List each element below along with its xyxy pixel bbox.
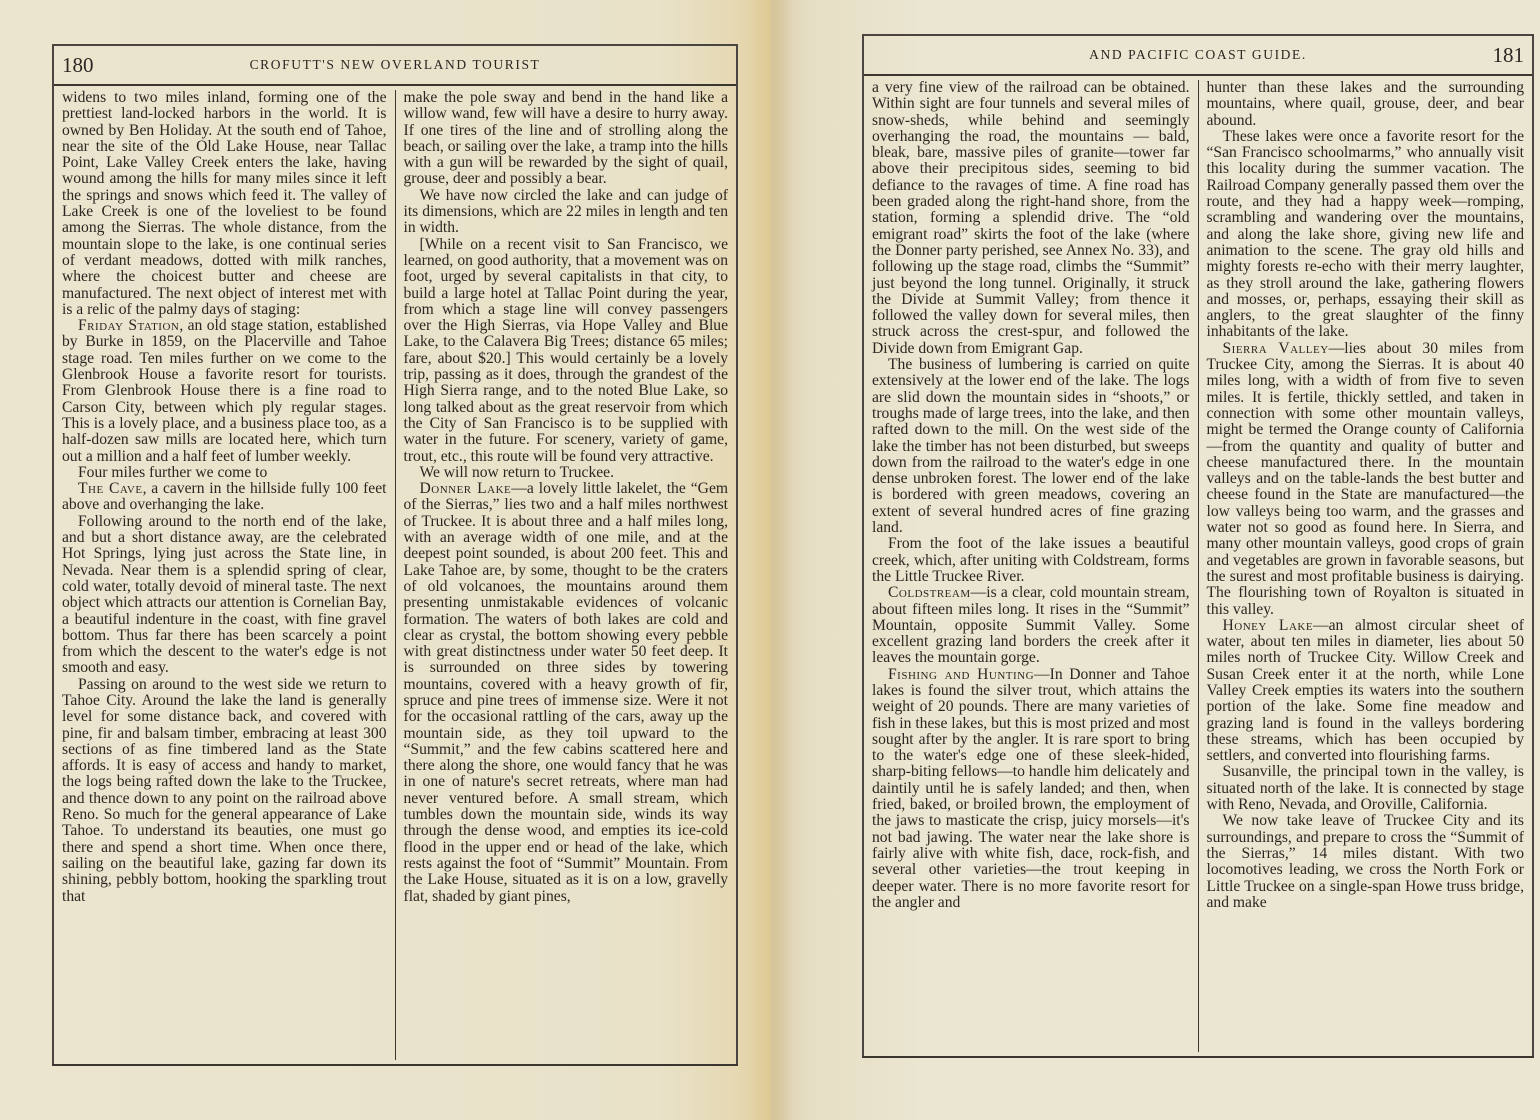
- paragraph-text: Four miles further we come to: [78, 464, 267, 481]
- paragraph-text: —lies about 30 miles from Truckee City, …: [1207, 340, 1525, 618]
- text-columns: a very fine view of the railroad can be …: [864, 80, 1532, 1052]
- paragraph: Passing on around to the west side we re…: [62, 677, 387, 905]
- page-number: 180: [54, 53, 102, 78]
- paragraph-text: From the foot of the lake issues a beaut…: [872, 535, 1190, 585]
- paragraph: We have now circled the lake and can jud…: [404, 188, 729, 237]
- section-heading: Friday Station: [78, 317, 179, 334]
- book-spread: 180 CROFUTT'S NEW OVERLAND TOURIST 000 w…: [0, 0, 1540, 1120]
- column-2: make the pole sway and bend in the hand …: [396, 90, 737, 1060]
- paragraph: Honey Lake—an almost circular sheet of w…: [1207, 618, 1525, 765]
- paragraph: The Cave, a cavern in the hillside fully…: [62, 481, 387, 514]
- running-head: 180 CROFUTT'S NEW OVERLAND TOURIST 000: [54, 46, 736, 86]
- paragraph-text: a very fine view of the railroad can be …: [872, 80, 1190, 357]
- paragraph-text: —a lovely little lakelet, the “Gem of th…: [404, 480, 729, 904]
- paragraph: From the foot of the lake issues a beaut…: [872, 536, 1190, 585]
- paragraph-text: Passing on around to the west side we re…: [62, 676, 387, 905]
- paragraph-text: make the pole sway and bend in the hand …: [404, 90, 729, 187]
- page-frame: 180 CROFUTT'S NEW OVERLAND TOURIST 000 w…: [52, 44, 738, 1066]
- column-2: hunter than these lakes and the surround…: [1199, 80, 1533, 1052]
- paragraph: These lakes were once a favorite resort …: [1207, 129, 1525, 341]
- paragraph: We now take leave of Truckee City and it…: [1207, 813, 1525, 911]
- running-head: 000 AND PACIFIC COAST GUIDE. 181: [864, 36, 1532, 76]
- paragraph-text: Following around to the north end of the…: [62, 513, 387, 677]
- paragraph: Four miles further we come to: [62, 465, 387, 481]
- paragraph: Sierra Valley—lies about 30 miles from T…: [1207, 341, 1525, 618]
- paragraph: The business of lumbering is carried on …: [872, 357, 1190, 536]
- text-columns: widens to two miles inland, forming one …: [54, 90, 736, 1060]
- paragraph-text: —an almost circular sheet of water, abou…: [1207, 617, 1525, 764]
- paragraph: Donner Lake—a lovely little lakelet, the…: [404, 481, 729, 905]
- paragraph-text: The business of lumbering is carried on …: [872, 356, 1190, 536]
- page-frame: 000 AND PACIFIC COAST GUIDE. 181 a very …: [862, 34, 1534, 1058]
- bottom-rule: [52, 1064, 738, 1066]
- column-1: widens to two miles inland, forming one …: [54, 90, 396, 1060]
- paragraph: Susanville, the principal town in the va…: [1207, 764, 1525, 813]
- column-1: a very fine view of the railroad can be …: [864, 80, 1199, 1052]
- page-left: 180 CROFUTT'S NEW OVERLAND TOURIST 000 w…: [0, 0, 770, 1120]
- paragraph-text: [While on a recent visit to San Francisc…: [404, 236, 729, 465]
- paragraph: Fishing and Hunting—In Donner and Tahoe …: [872, 667, 1190, 911]
- paragraph: Friday Station, an old stage station, es…: [62, 318, 387, 465]
- paragraph-text: We will now return to Truckee.: [420, 464, 615, 481]
- paragraph-text: —In Donner and Tahoe lakes is found the …: [872, 666, 1190, 911]
- paragraph: Coldstream—is a clear, cold mountain str…: [872, 585, 1190, 666]
- running-head-title: AND PACIFIC COAST GUIDE.: [912, 47, 1485, 63]
- running-head-title: CROFUTT'S NEW OVERLAND TOURIST: [102, 57, 689, 73]
- section-heading: Donner Lake: [420, 480, 512, 497]
- section-heading: Fishing and Hunting: [888, 666, 1034, 683]
- paragraph: make the pole sway and bend in the hand …: [404, 90, 729, 188]
- paragraph-text: , an old stage station, established by B…: [62, 317, 387, 464]
- paragraph-text: We now take leave of Truckee City and it…: [1207, 812, 1525, 910]
- section-heading: Sierra Valley: [1223, 340, 1329, 357]
- paragraph-text: widens to two miles inland, forming one …: [62, 90, 387, 318]
- section-heading: Coldstream: [888, 584, 971, 601]
- paragraph: We will now return to Truckee.: [404, 465, 729, 481]
- page-right: 000 AND PACIFIC COAST GUIDE. 181 a very …: [770, 0, 1540, 1120]
- section-heading: The Cave: [78, 480, 143, 497]
- paragraph-text: We have now circled the lake and can jud…: [404, 187, 729, 237]
- paragraph-text: These lakes were once a favorite resort …: [1207, 128, 1525, 341]
- paragraph: a very fine view of the railroad can be …: [872, 80, 1190, 357]
- paragraph: widens to two miles inland, forming one …: [62, 90, 387, 318]
- paragraph: [While on a recent visit to San Francisc…: [404, 237, 729, 465]
- paragraph: hunter than these lakes and the surround…: [1207, 80, 1525, 129]
- bottom-rule: [862, 1056, 1534, 1058]
- paragraph-text: Susanville, the principal town in the va…: [1207, 763, 1525, 813]
- page-number: 181: [1485, 43, 1533, 68]
- section-heading: Honey Lake: [1223, 617, 1314, 634]
- paragraph: Following around to the north end of the…: [62, 514, 387, 677]
- paragraph-text: hunter than these lakes and the surround…: [1207, 80, 1525, 129]
